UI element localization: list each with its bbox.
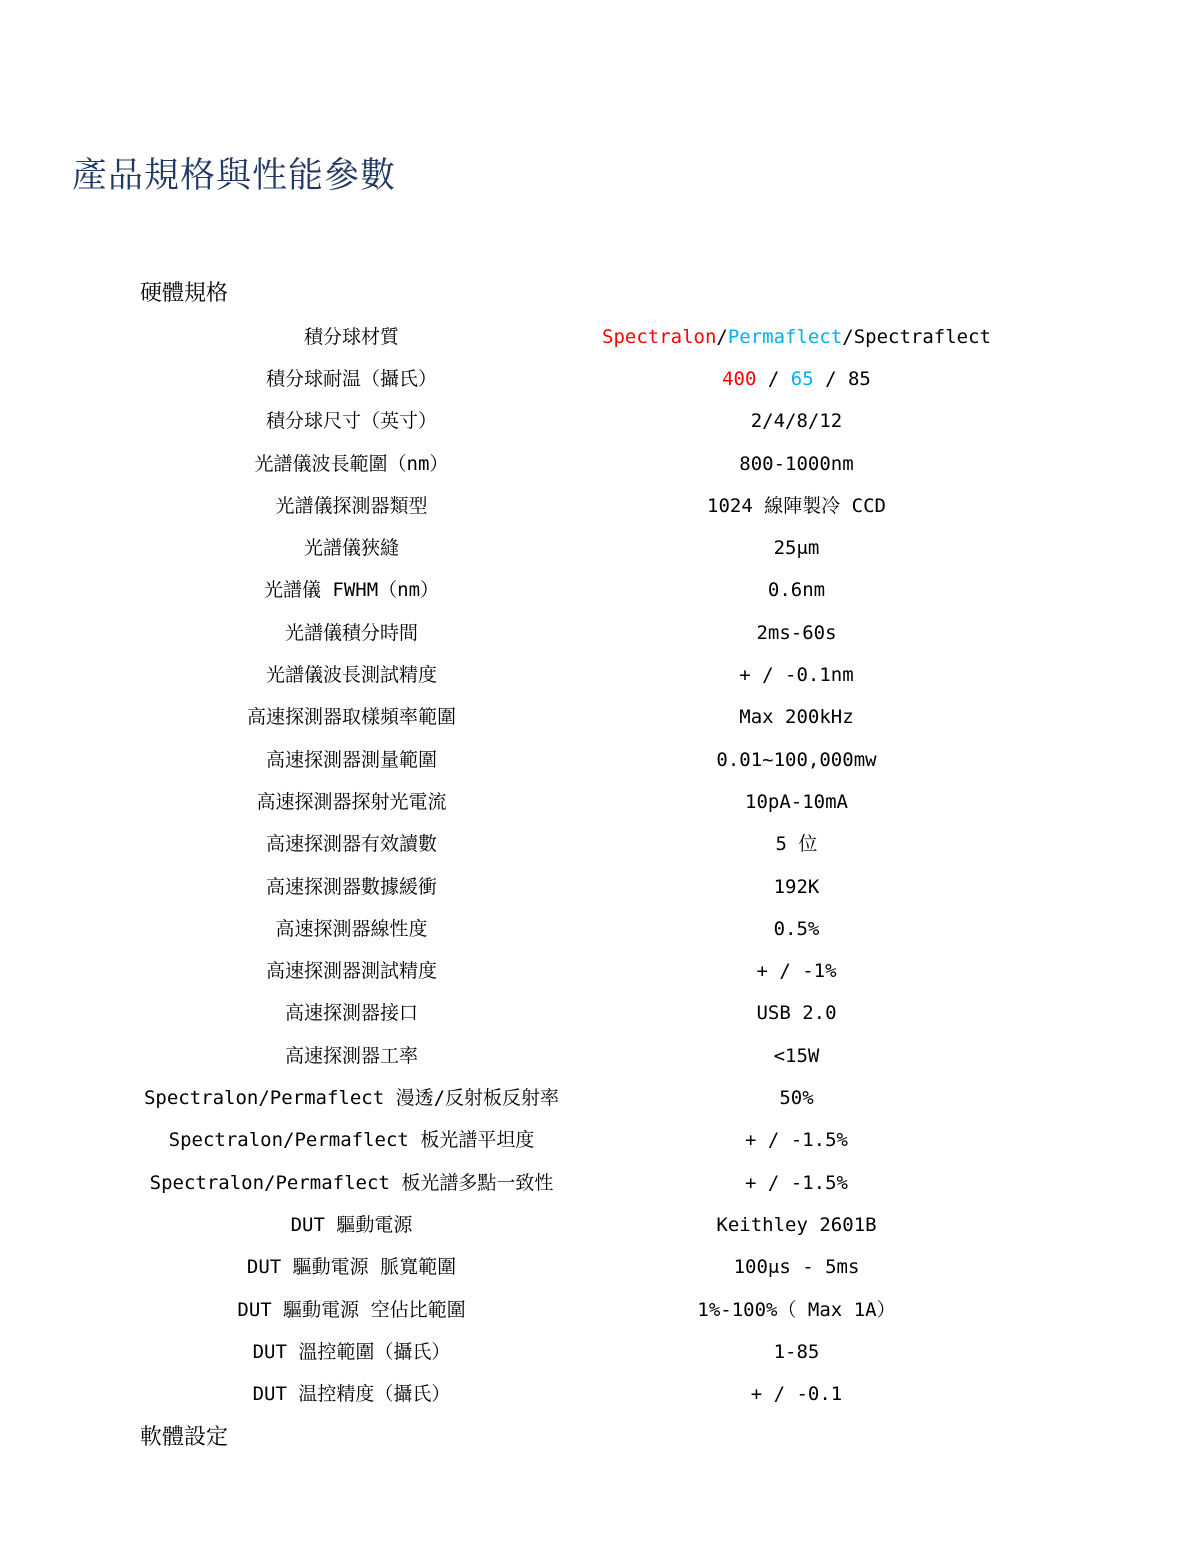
spec-value: + / -1.5%	[563, 1130, 1030, 1151]
spec-value: 100μs - 5ms	[563, 1257, 1030, 1278]
spec-label: 積分球耐温（攝氏）	[140, 369, 563, 390]
spec-label: Spectralon/Permaflect 板光譜多點一致性	[140, 1173, 563, 1194]
spec-label: 高速探測器數據緩衝	[140, 877, 563, 898]
spec-label: DUT 驅動電源 脈寬範圍	[140, 1257, 563, 1278]
spec-label: 積分球尺寸（英寸）	[140, 411, 563, 432]
spec-value: 5 位	[563, 834, 1030, 855]
spec-label: 光譜儀波長測試精度	[140, 665, 563, 686]
spec-label: 高速探測器工率	[140, 1046, 563, 1067]
spec-value: 1%-100%（ Max 1A）	[563, 1300, 1030, 1321]
spec-value: USB 2.0	[563, 1003, 1030, 1024]
spec-value: Spectralon/Permaflect/Spectraflect	[563, 327, 1030, 348]
spec-label: DUT 驅動電源 空佔比範圍	[140, 1300, 563, 1321]
spec-value-part: 25μm	[774, 537, 820, 559]
spec-value: 400 / 65 / 85	[563, 369, 1030, 390]
spec-table: 積分球材質Spectralon/Permaflect/Spectraflect積…	[140, 316, 1030, 1416]
spec-value-part: 85	[848, 368, 871, 390]
spec-value-part: /	[756, 368, 790, 390]
spec-value-part: 0.5%	[774, 918, 820, 940]
spec-label: DUT 溫控範圍（攝氏）	[140, 1342, 563, 1363]
spec-value-part: 1-85	[774, 1341, 820, 1363]
spec-value-part: 1024 線陣製冷 CCD	[707, 495, 886, 517]
spec-value: Max 200kHz	[563, 707, 1030, 728]
spec-row: 光譜儀 FWHM（nm）0.6nm	[140, 570, 1030, 612]
spec-row: DUT 温控精度（攝氏）+ / -0.1	[140, 1373, 1030, 1415]
page-title: 產品規格與性能參數	[72, 148, 396, 198]
spec-row: 高速探測器測試精度+ / -1%	[140, 950, 1030, 992]
spec-row: 高速探測器接口USB 2.0	[140, 993, 1030, 1035]
spec-value: Keithley 2601B	[563, 1215, 1030, 1236]
spec-row: DUT 溫控範圍（攝氏）1-85	[140, 1331, 1030, 1373]
spec-row: Spectralon/Permaflect 板光譜多點一致性+ / -1.5%	[140, 1162, 1030, 1204]
spec-row: DUT 驅動電源 脈寬範圍100μs - 5ms	[140, 1247, 1030, 1289]
spec-label: 高速探測器探射光電流	[140, 792, 563, 813]
spec-row: 積分球材質Spectralon/Permaflect/Spectraflect	[140, 316, 1030, 358]
spec-label: 積分球材質	[140, 327, 563, 348]
spec-value: 10pA-10mA	[563, 792, 1030, 813]
spec-value-part: 2ms-60s	[756, 622, 836, 644]
spec-value-part: + / -0.1nm	[739, 664, 853, 686]
spec-row: Spectralon/Permaflect 漫透/反射板反射率50%	[140, 1077, 1030, 1119]
spec-value-part: /	[716, 326, 727, 348]
spec-value-part: 100μs - 5ms	[734, 1256, 860, 1278]
spec-value-part: + / -1.5%	[745, 1172, 848, 1194]
spec-row: 光譜儀波長測試精度+ / -0.1nm	[140, 654, 1030, 696]
spec-value-part: + / -1.5%	[745, 1129, 848, 1151]
spec-value-part: /	[842, 326, 853, 348]
spec-value-part: 65	[791, 368, 814, 390]
spec-label: 光譜儀積分時間	[140, 623, 563, 644]
spec-value-part: 50%	[779, 1087, 813, 1109]
spec-value-part: 0.6nm	[768, 579, 825, 601]
spec-value-part: 2/4/8/12	[751, 410, 843, 432]
spec-label: 高速探測器有效讀數	[140, 834, 563, 855]
spec-row: 積分球尺寸（英寸）2/4/8/12	[140, 401, 1030, 443]
spec-value-part: Permaflect	[728, 326, 842, 348]
spec-label: 光譜儀 FWHM（nm）	[140, 580, 563, 601]
section-heading-software: 軟體設定	[140, 1420, 228, 1451]
spec-value: 800-1000nm	[563, 454, 1030, 475]
spec-row: 高速探測器有效讀數5 位	[140, 824, 1030, 866]
spec-row: 光譜儀波長範圍（nm）800-1000nm	[140, 443, 1030, 485]
spec-value-part: 10pA-10mA	[745, 791, 848, 813]
spec-value-part: 0.01~100,000mw	[716, 749, 876, 771]
spec-value: 1024 線陣製冷 CCD	[563, 496, 1030, 517]
spec-label: 高速探測器接口	[140, 1003, 563, 1024]
spec-row: 高速探測器探射光電流10pA-10mA	[140, 781, 1030, 823]
spec-label: 光譜儀波長範圍（nm）	[140, 454, 563, 475]
spec-row: 光譜儀探測器類型1024 線陣製冷 CCD	[140, 485, 1030, 527]
spec-row: 光譜儀狹縫25μm	[140, 527, 1030, 569]
spec-value-part: 400	[722, 368, 756, 390]
spec-value-part: 192K	[774, 876, 820, 898]
spec-row: 高速探測器取樣頻率範圍Max 200kHz	[140, 697, 1030, 739]
section-heading-hardware: 硬體規格	[140, 276, 228, 307]
spec-label: 高速探測器線性度	[140, 919, 563, 940]
spec-value: + / -0.1	[563, 1384, 1030, 1405]
spec-value-part: Keithley 2601B	[716, 1214, 876, 1236]
spec-row: Spectralon/Permaflect 板光譜平坦度+ / -1.5%	[140, 1120, 1030, 1162]
spec-value: + / -1.5%	[563, 1173, 1030, 1194]
spec-value: 1-85	[563, 1342, 1030, 1363]
spec-value-part: + / -0.1	[751, 1383, 843, 1405]
spec-value-part: + / -1%	[756, 960, 836, 982]
spec-value-part: 5 位	[776, 833, 818, 855]
spec-value-part: Spectralon	[602, 326, 716, 348]
spec-value-part: Spectraflect	[854, 326, 991, 348]
spec-value: <15W	[563, 1046, 1030, 1067]
spec-label: Spectralon/Permaflect 漫透/反射板反射率	[140, 1088, 563, 1109]
spec-label: Spectralon/Permaflect 板光譜平坦度	[140, 1130, 563, 1151]
spec-value: + / -1%	[563, 961, 1030, 982]
spec-row: 高速探測器數據緩衝192K	[140, 866, 1030, 908]
spec-value-part: Max 200kHz	[739, 706, 853, 728]
spec-label: 高速探測器測試精度	[140, 961, 563, 982]
spec-value: 50%	[563, 1088, 1030, 1109]
spec-value-part: 1%-100%（ Max 1A）	[697, 1299, 895, 1321]
spec-value: 0.5%	[563, 919, 1030, 940]
spec-row: 高速探測器測量範圍0.01~100,000mw	[140, 739, 1030, 781]
spec-label: 高速探測器取樣頻率範圍	[140, 707, 563, 728]
spec-value-part: USB 2.0	[756, 1002, 836, 1024]
spec-value: + / -0.1nm	[563, 665, 1030, 686]
spec-row: 光譜儀積分時間2ms-60s	[140, 612, 1030, 654]
spec-label: 光譜儀狹縫	[140, 538, 563, 559]
spec-value: 2ms-60s	[563, 623, 1030, 644]
spec-label: DUT 温控精度（攝氏）	[140, 1384, 563, 1405]
spec-value: 25μm	[563, 538, 1030, 559]
spec-label: 高速探測器測量範圍	[140, 750, 563, 771]
spec-row: 積分球耐温（攝氏）400 / 65 / 85	[140, 358, 1030, 400]
spec-value: 192K	[563, 877, 1030, 898]
spec-row: 高速探測器線性度0.5%	[140, 908, 1030, 950]
spec-row: DUT 驅動電源Keithley 2601B	[140, 1204, 1030, 1246]
spec-value: 0.01~100,000mw	[563, 750, 1030, 771]
spec-value: 2/4/8/12	[563, 411, 1030, 432]
spec-value-part: 800-1000nm	[739, 453, 853, 475]
spec-row: DUT 驅動電源 空佔比範圍1%-100%（ Max 1A）	[140, 1289, 1030, 1331]
spec-label: DUT 驅動電源	[140, 1215, 563, 1236]
spec-value-part: /	[814, 368, 848, 390]
spec-value: 0.6nm	[563, 580, 1030, 601]
spec-value-part: <15W	[774, 1045, 820, 1067]
spec-row: 高速探測器工率<15W	[140, 1035, 1030, 1077]
spec-label: 光譜儀探測器類型	[140, 496, 563, 517]
